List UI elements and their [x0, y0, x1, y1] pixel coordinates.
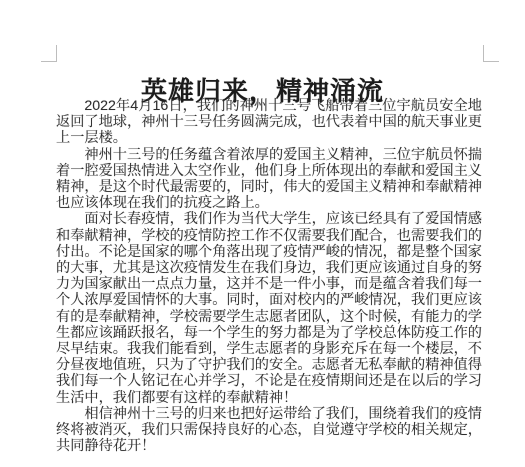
document-page: 英雄归来，精神涌流 2022年4月16日，我们的神州十三号飞船带着三位宇航员安全… — [0, 0, 525, 467]
paragraph-epidemic-volunteers: 面对长春疫情，我们作为当代大学生，应该已经具有了爱国情感和奉献精神，学校的疫情防… — [56, 211, 482, 405]
margin-crop-mark-top-left — [41, 45, 57, 62]
document-body: 2022年4月16日，我们的神州十三号飞船带着三位宇航员安全地返回了地球，神州十… — [56, 98, 482, 454]
paragraph-closing: 相信神州十三号的归来也把好运带给了我们，围绕着我们的疫情终将被消灭，我们只需保持… — [56, 406, 482, 455]
margin-crop-mark-top-right — [483, 45, 499, 62]
paragraph-patriotism: 神州十三号的任务蕴含着浓厚的爱国主义精神，三位宇航员怀揣着一腔爱国热情进入太空作… — [56, 147, 482, 212]
paragraph-intro: 2022年4月16日，我们的神州十三号飞船带着三位宇航员安全地返回了地球，神州十… — [56, 98, 482, 147]
